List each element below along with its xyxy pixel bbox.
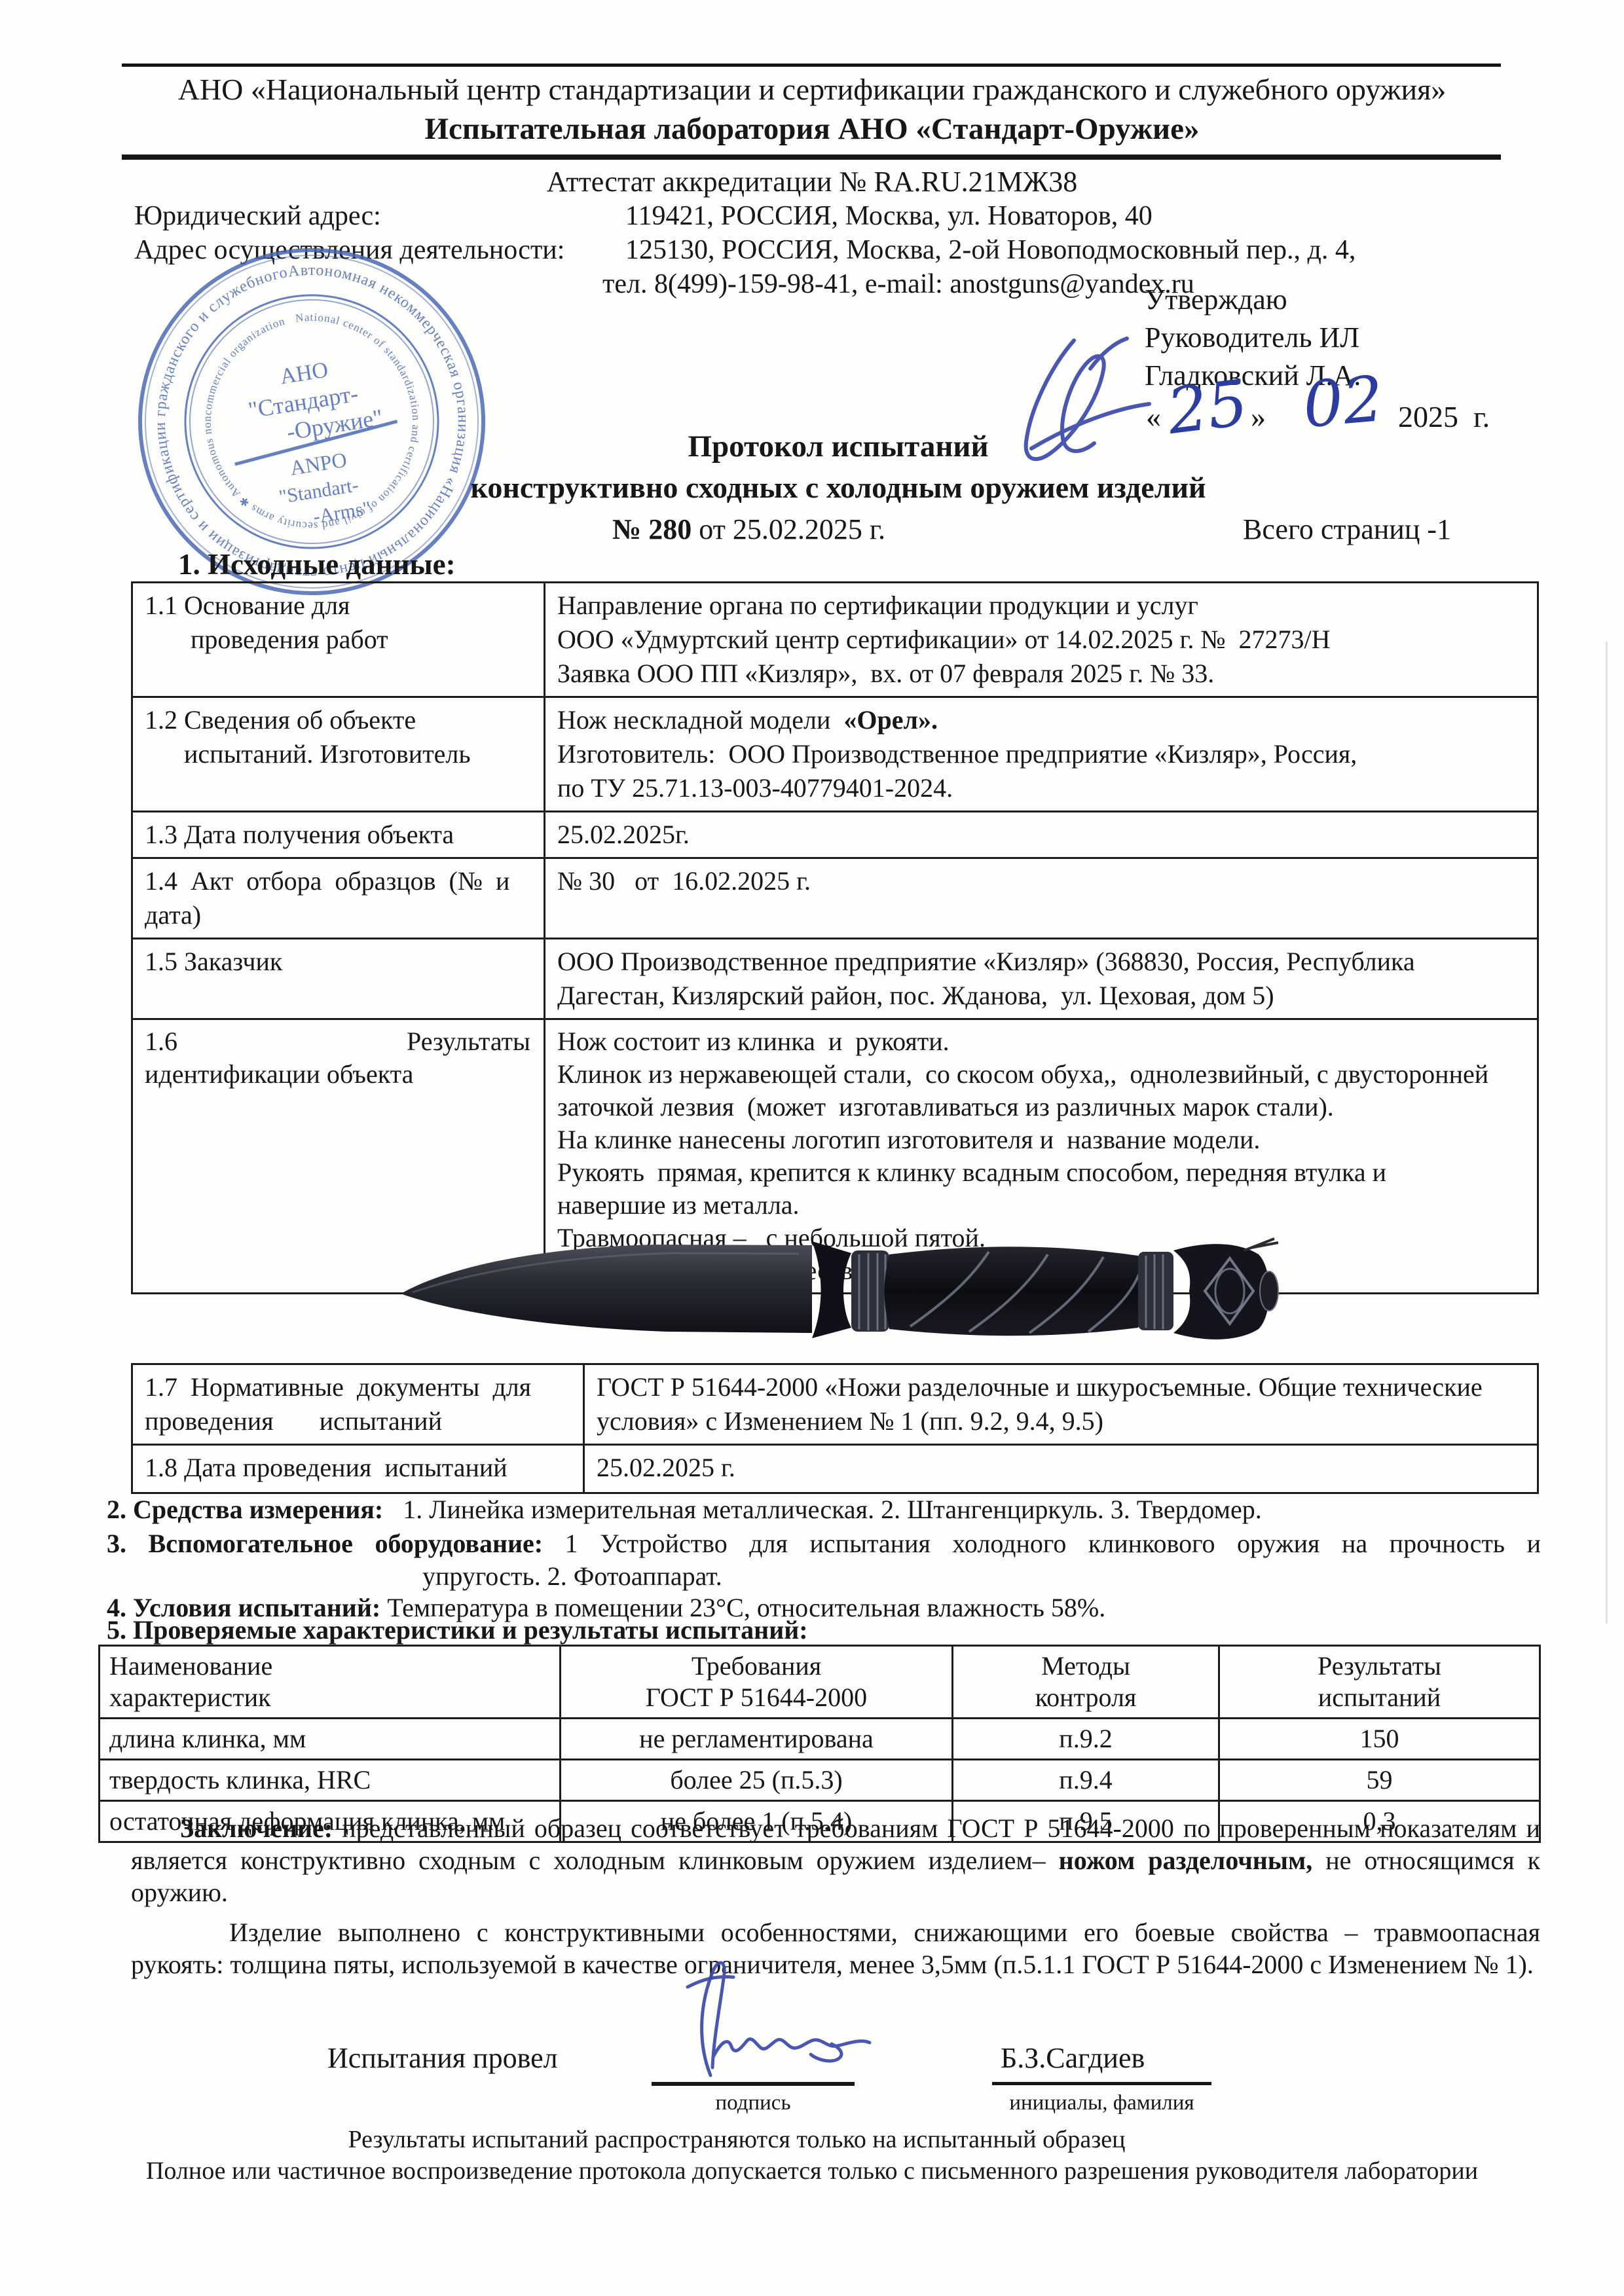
result-cell: длина клинка, мм [100,1719,561,1760]
protocol-title: Протокол испытаний [39,429,1624,464]
protocol-subtitle: конструктивно сходных с холодным оружием… [39,470,1624,505]
results-header-characteristic: Наименование характеристик [100,1646,561,1719]
initial-data-table: 1.1 Основание для проведения работ Напра… [131,581,1539,1294]
section-3-text2: упругость. 2. Фотоаппарат. [422,1561,722,1592]
table-row: 1.7 Нормативные документы для проведения… [132,1364,1538,1445]
section-3: 3. Вспомогательное оборудование: 1 Устро… [107,1528,1541,1559]
result-cell: твердость клинка, HRC [100,1760,561,1801]
results-header-method: Методы контроля [953,1646,1219,1719]
table-row: 1.5 Заказчик ООО Производственное предпр… [132,939,1538,1019]
result-cell: более 25 (п.5.3) [561,1760,953,1801]
row-1-7-label: 1.7 Нормативные документы для проведения… [132,1364,584,1445]
org-name: АНО «Национальный центр стандартизации и… [0,72,1624,107]
signature-caption: подпись [652,2091,855,2115]
row-1-2-value: Нож нескладной модели «Орел». Изготовите… [545,697,1538,812]
legal-address-value: 119421, РОССИЯ, Москва, ул. Новаторов, 4… [625,200,1153,232]
row-1-1-label: 1.1 Основание для проведения работ [132,583,545,697]
footer-note-2: Полное или частичное воспроизведение про… [0,2157,1624,2185]
result-cell: 150 [1219,1719,1540,1760]
conclusion-bold: ножом разделочным, [1059,1846,1313,1875]
footer-note-1: Результаты испытаний распространяются то… [0,2125,1473,2154]
normative-table: 1.7 Нормативные документы для проведения… [131,1363,1539,1494]
row-1-2-label: 1.2 Сведения об объекте испытаний. Изгот… [132,697,545,812]
row-1-5-value: ООО Производственное предприятие «Кизляр… [545,939,1538,1019]
section-3-text: 1 Устройство для испытания холодного кли… [565,1529,1541,1558]
header-rule-bottom [122,155,1501,160]
name-caption: инициалы, фамилия [982,2091,1221,2115]
lab-name: Испытательная лаборатория АНО «Стандарт-… [0,111,1624,147]
conclusion-para-1: Заключение: представленный образец соотв… [131,1812,1540,1908]
row-1-3-label: 1.3 Дата получения объекта [132,812,545,858]
name-line [992,2082,1211,2085]
tester-name: Б.З.Сагдиев [1001,2041,1145,2075]
row-1-2-value-line1: Нож нескладной модели «Орел». [557,703,1525,737]
table-row: 1.4 Акт отбора образцов (№ и дата) № 30 … [132,858,1538,939]
activity-address-value: 125130, РОССИЯ, Москва, 2-ой Новоподмоск… [625,234,1356,266]
tester-label: Испытания провел [327,2041,558,2075]
scan-edge-artifact [1606,642,1608,1624]
table-row: 1.2 Сведения об объекте испытаний. Изгот… [132,697,1538,812]
tester-signature [609,1958,884,2085]
section-1-heading: 1. Исходные данные: [178,547,456,581]
result-cell: 59 [1219,1760,1540,1801]
document-page: АНО «Национальный центр стандартизации и… [0,0,1624,2296]
approve-word: Утверждаю [1145,283,1287,316]
accreditation-line: Аттестат аккредитации № RA.RU.21МЖ38 [0,165,1624,198]
section-2: 2. Средства измерения: 1. Линейка измери… [107,1494,1541,1525]
table-row: 1.3 Дата получения объекта 25.02.2025г. [132,812,1538,858]
section-2-text: 1. Линейка измерительная металлическая. … [403,1495,1261,1524]
section-3-label: 3. Вспомогательное оборудование: [107,1529,543,1558]
row-1-4-value: № 30 от 16.02.2025 г. [545,858,1538,939]
result-cell: не регламентирована [561,1719,953,1760]
knife-photo [393,1236,1283,1347]
stamp-center-line-1: АНО [278,357,330,389]
row-1-4-label: 1.4 Акт отбора образцов (№ и дата) [132,858,545,939]
model-name: «Орел». [843,705,938,735]
table-row: твердость клинка, HRC более 25 (п.5.3) п… [100,1760,1540,1801]
row-1-2-value-rest: Изготовитель: ООО Производственное предп… [557,737,1525,805]
row-1-8-label: 1.8 Дата проведения испытаний [132,1445,584,1493]
results-header-result: Результаты испытаний [1219,1646,1540,1719]
section-2-label: 2. Средства измерения: [107,1495,383,1524]
result-cell: п.9.4 [953,1760,1219,1801]
legal-address-label: Юридический адрес: [134,200,381,232]
conclusion: Заключение: представленный образец соотв… [131,1812,1540,1980]
row-1-5-label: 1.5 Заказчик [132,939,545,1019]
contacts-line: тел. 8(499)-159-98-41, e-mail: anostguns… [602,268,1194,300]
results-header-requirement: Требования ГОСТ Р 51644-2000 [561,1646,953,1719]
table-row: 1.8 Дата проведения испытаний 25.02.2025… [132,1445,1538,1493]
protocol-number: № 280 от 25.02.2025 г. [612,513,885,546]
row-1-7-value: ГОСТ Р 51644-2000 «Ножи разделочные и шк… [584,1364,1538,1445]
table-row: длина клинка, мм не регламентирована п.9… [100,1719,1540,1760]
header-rule-top [122,64,1501,67]
table-row: 1.1 Основание для проведения работ Напра… [132,583,1538,697]
pages-count: Всего страниц -1 [1243,513,1451,546]
result-cell: п.9.2 [953,1719,1219,1760]
row-1-8-value: 25.02.2025 г. [584,1445,1538,1493]
results-header-row: Наименование характеристик Требования ГО… [100,1646,1540,1719]
model-prefix: Нож нескладной модели [557,705,843,735]
signature-line [652,2082,855,2086]
row-1-3-value: 25.02.2025г. [545,812,1538,858]
conclusion-label: Заключение: [180,1813,333,1843]
protocol-number-rest: от 25.02.2025 г. [692,513,885,545]
row-1-1-value: Направление органа по сертификации проду… [545,583,1538,697]
section-5-heading: 5. Проверяемые характеристики и результа… [107,1614,1541,1645]
protocol-number-bold: № 280 [612,513,692,545]
